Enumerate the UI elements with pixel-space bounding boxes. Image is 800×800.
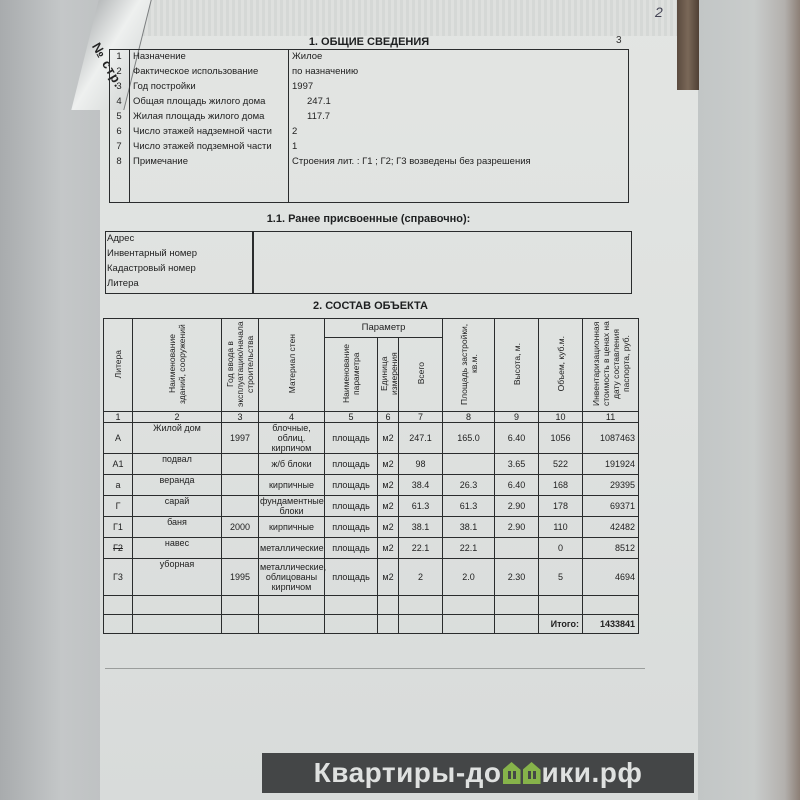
cell-year — [222, 538, 259, 559]
row-number: 5 — [109, 109, 130, 124]
cell-cost: 191924 — [583, 454, 639, 475]
cell-unit: м2 — [378, 423, 399, 454]
scan-band — [100, 0, 680, 36]
previous-id-label: Кадастровый номер — [105, 261, 255, 276]
cell-footprint: 2.0 — [443, 559, 495, 596]
column-number: 4 — [259, 412, 325, 423]
cell-material: блочные, облиц. кирпичом — [259, 423, 325, 454]
general-info-row: 8ПримечаниеСтроения лит. : Г1 ; Г2; Г3 в… — [109, 154, 629, 169]
cell-param: площадь — [325, 517, 378, 538]
background-right — [698, 0, 800, 800]
cell-total: 22.1 — [399, 538, 443, 559]
column-number: 1 — [104, 412, 133, 423]
cell-footprint — [443, 454, 495, 475]
previous-id-value — [255, 261, 631, 276]
wood-edge — [677, 0, 699, 90]
page-fold-line — [105, 668, 645, 669]
cell-litera: Г2 — [104, 538, 133, 559]
cell-total: 38.4 — [399, 475, 443, 496]
cell-unit: м2 — [378, 559, 399, 596]
row-value: по назначению — [289, 64, 630, 79]
cell-name: веранда — [133, 475, 222, 496]
watermark-banner: Квартиры-до ики.рф — [262, 753, 694, 793]
cell-height: 2.90 — [495, 517, 539, 538]
previous-id-row: Литера — [105, 276, 631, 291]
cell-name: подвал — [133, 454, 222, 475]
handwritten-mark: 2 — [655, 4, 663, 20]
column-number: 3 — [222, 412, 259, 423]
object-row: Г1баня2000кирпичныеплощадьм238.138.12.90… — [104, 517, 639, 538]
object-row: аверандакирпичныеплощадьм238.426.36.4016… — [104, 475, 639, 496]
cell-param: площадь — [325, 496, 378, 517]
object-composition-table: Литера Наименование зданий, сооружений Г… — [103, 318, 639, 634]
cell-material: металлические, облицованы кирпичом — [259, 559, 325, 596]
cell-year: 2000 — [222, 517, 259, 538]
cell-total: 38.1 — [399, 517, 443, 538]
cell-footprint: 61.3 — [443, 496, 495, 517]
header-material: Материал стен — [259, 319, 325, 412]
row-label: Фактическое использование — [130, 64, 289, 79]
previous-id-label: Литера — [105, 276, 255, 291]
row-value: Строения лит. : Г1 ; Г2; Г3 возведены бе… — [289, 154, 630, 169]
header-total: Всего — [399, 338, 443, 412]
cell-litera: Г1 — [104, 517, 133, 538]
cell-height: 3.65 — [495, 454, 539, 475]
general-info-row: 3Год постройки1997 — [109, 79, 629, 94]
general-info-row: 4Общая площадь жилого дома247.1 — [109, 94, 629, 109]
watermark-text-start: Квартиры-до — [314, 757, 502, 789]
general-info-row: 7Число этажей подземной части1 — [109, 139, 629, 154]
row-number: 3 — [109, 79, 130, 94]
row-value: 1997 — [289, 79, 630, 94]
cell-litera: Г3 — [104, 559, 133, 596]
cell-total: 61.3 — [399, 496, 443, 517]
total-value: 1433841 — [583, 615, 639, 634]
previous-id-label: Адрес — [105, 231, 255, 246]
cell-volume: 1056 — [539, 423, 583, 454]
header-param-group: Параметр — [325, 319, 443, 338]
watermark-text-end: ики.рф — [542, 757, 643, 789]
header-year: Год ввода в эксплуатацию/начала строител… — [222, 319, 259, 412]
cell-year — [222, 454, 259, 475]
cell-param: площадь — [325, 475, 378, 496]
cell-material: кирпичные — [259, 517, 325, 538]
cell-volume: 0 — [539, 538, 583, 559]
row-label: Число этажей подземной части — [130, 139, 289, 154]
cell-material: ж/б блоки — [259, 454, 325, 475]
row-value: 247.1 — [289, 94, 630, 109]
row-number: 8 — [109, 154, 130, 169]
general-info-table: 1НазначениеЖилое2Фактическое использован… — [109, 49, 629, 203]
column-number: 10 — [539, 412, 583, 423]
header-litera: Литера — [104, 319, 133, 412]
header-cost: Инвентаризационная стоимость в ценах на … — [583, 319, 639, 412]
cell-name: сарай — [133, 496, 222, 517]
general-info-row: 1НазначениеЖилое — [109, 49, 629, 64]
header-height: Высота, м. — [495, 319, 539, 412]
column-number: 9 — [495, 412, 539, 423]
general-info-row: 2Фактическое использованиепо назначению — [109, 64, 629, 79]
previous-ids-table: АдресИнвентарный номерКадастровый номерЛ… — [105, 231, 631, 291]
cell-param: площадь — [325, 538, 378, 559]
row-number: 7 — [109, 139, 130, 154]
header-param-name: Наименование параметра — [325, 338, 378, 412]
row-value: 1 — [289, 139, 630, 154]
cell-cost: 4694 — [583, 559, 639, 596]
cell-unit: м2 — [378, 517, 399, 538]
cell-litera: А1 — [104, 454, 133, 475]
cell-litera: Г — [104, 496, 133, 517]
cell-name: навес — [133, 538, 222, 559]
cell-year — [222, 475, 259, 496]
page-number: 3 — [616, 35, 622, 46]
cell-litera: а — [104, 475, 133, 496]
previous-id-value — [255, 231, 631, 246]
cell-unit: м2 — [378, 454, 399, 475]
column-number: 5 — [325, 412, 378, 423]
cell-cost: 29395 — [583, 475, 639, 496]
cell-total: 2 — [399, 559, 443, 596]
cell-year — [222, 496, 259, 517]
background-left — [0, 0, 102, 800]
row-label: Назначение — [130, 49, 289, 64]
cell-volume: 178 — [539, 496, 583, 517]
cell-height: 2.30 — [495, 559, 539, 596]
cell-volume: 110 — [539, 517, 583, 538]
column-number: 8 — [443, 412, 495, 423]
cell-footprint: 165.0 — [443, 423, 495, 454]
cell-height — [495, 538, 539, 559]
previous-id-row: Кадастровый номер — [105, 261, 631, 276]
cell-total: 247.1 — [399, 423, 443, 454]
cell-name: Жилой дом — [133, 423, 222, 454]
object-row: Г3уборная1995металлические, облицованы к… — [104, 559, 639, 596]
row-label: Год постройки — [130, 79, 289, 94]
section1-title: 1. ОБЩИЕ СВЕДЕНИЯ — [109, 36, 629, 48]
column-number: 6 — [378, 412, 399, 423]
house-icon — [503, 762, 541, 784]
row-value: 2 — [289, 124, 630, 139]
row-value: Жилое — [289, 49, 630, 64]
previous-id-value — [255, 276, 631, 291]
cell-litera: А — [104, 423, 133, 454]
header-volume: Объем, куб.м. — [539, 319, 583, 412]
general-info-row: 5Жилая площадь жилого дома117.7 — [109, 109, 629, 124]
cell-material: кирпичные — [259, 475, 325, 496]
object-row: Гсарайфундаментные блокиплощадьм261.361.… — [104, 496, 639, 517]
previous-id-row: Инвентарный номер — [105, 246, 631, 261]
section2-title: 2. СОСТАВ ОБЪЕКТА — [103, 300, 638, 312]
cell-volume: 5 — [539, 559, 583, 596]
cell-material: металлические — [259, 538, 325, 559]
cell-unit: м2 — [378, 496, 399, 517]
previous-id-label: Инвентарный номер — [105, 246, 255, 261]
cell-total: 98 — [399, 454, 443, 475]
section11-title: 1.1. Ранее присвоенные (справочно): — [105, 213, 632, 225]
general-info-row: 6Число этажей надземной части2 — [109, 124, 629, 139]
cell-param: площадь — [325, 559, 378, 596]
cell-height: 2.90 — [495, 496, 539, 517]
cell-volume: 168 — [539, 475, 583, 496]
row-number: 2 — [109, 64, 130, 79]
cell-height: 6.40 — [495, 423, 539, 454]
cell-footprint: 26.3 — [443, 475, 495, 496]
object-row: А1подвалж/б блокиплощадьм2983.6552219192… — [104, 454, 639, 475]
cell-name: баня — [133, 517, 222, 538]
object-row: Г2навесметаллическиеплощадьм222.122.1085… — [104, 538, 639, 559]
cell-cost: 1087463 — [583, 423, 639, 454]
cell-volume: 522 — [539, 454, 583, 475]
row-value: 117.7 — [289, 109, 630, 124]
cell-cost: 8512 — [583, 538, 639, 559]
cell-cost: 42482 — [583, 517, 639, 538]
header-footprint: Площадь застройки, кв.м. — [443, 319, 495, 412]
row-label: Общая площадь жилого дома — [130, 94, 289, 109]
cell-unit: м2 — [378, 475, 399, 496]
row-label: Примечание — [130, 154, 289, 169]
row-number: 4 — [109, 94, 130, 109]
cell-cost: 69371 — [583, 496, 639, 517]
column-number: 2 — [133, 412, 222, 423]
cell-footprint: 38.1 — [443, 517, 495, 538]
cell-name: уборная — [133, 559, 222, 596]
cell-material: фундаментные блоки — [259, 496, 325, 517]
total-label: Итого: — [539, 615, 583, 634]
cell-footprint: 22.1 — [443, 538, 495, 559]
object-row: АЖилой дом1997блочные, облиц. кирпичомпл… — [104, 423, 639, 454]
row-label: Жилая площадь жилого дома — [130, 109, 289, 124]
cell-year: 1995 — [222, 559, 259, 596]
row-label: Число этажей надземной части — [130, 124, 289, 139]
previous-id-value — [255, 246, 631, 261]
row-number: 1 — [109, 49, 130, 64]
cell-year: 1997 — [222, 423, 259, 454]
column-number: 11 — [583, 412, 639, 423]
row-number: 6 — [109, 124, 130, 139]
cell-param: площадь — [325, 454, 378, 475]
cell-unit: м2 — [378, 538, 399, 559]
header-unit: Единица измерения — [378, 338, 399, 412]
header-name: Наименование зданий, сооружений — [133, 319, 222, 412]
cell-height: 6.40 — [495, 475, 539, 496]
cell-param: площадь — [325, 423, 378, 454]
previous-id-row: Адрес — [105, 231, 631, 246]
column-number: 7 — [399, 412, 443, 423]
